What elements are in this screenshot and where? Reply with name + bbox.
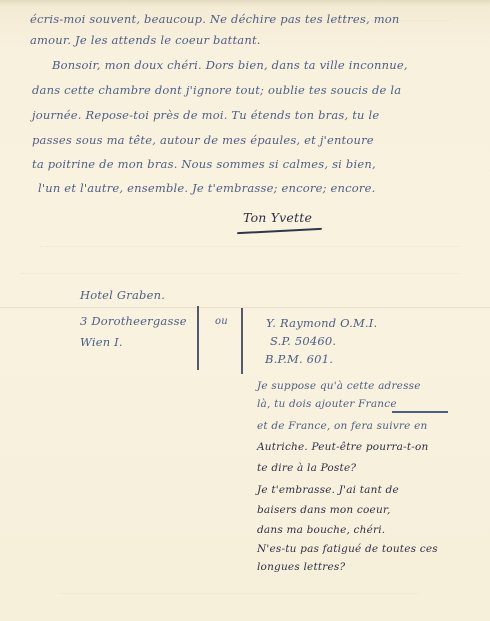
address-divider-left — [197, 306, 199, 370]
postscript-line: dans ma bouche, chéri. — [257, 524, 385, 536]
paper-fold-line — [0, 307, 490, 309]
postscript-line: là, tu dois ajouter France — [257, 398, 397, 410]
letter-line: dans cette chambre dont j'ignore tout; o… — [32, 83, 401, 97]
bleed-through — [60, 585, 420, 594]
postscript-line: Je suppose qu'à cette adresse — [257, 380, 421, 392]
letter-line: amour. Je les attends le coeur battant. — [30, 33, 261, 47]
postscript-line: N'es-tu pas fatigué de toutes ces — [257, 543, 438, 555]
page-top-edge — [0, 0, 490, 6]
address-street: 3 Dorotheergasse — [80, 314, 187, 328]
address-divider-right — [241, 308, 243, 374]
bleed-through — [40, 238, 460, 247]
postscript-line: Je t'embrasse. J'ai tant de — [257, 484, 399, 496]
signature: Ton Yvette — [243, 210, 312, 225]
letter-line: ta poitrine de mon bras. Nous sommes si … — [32, 157, 376, 171]
letter-line: écris-moi souvent, beaucoup. Ne déchire … — [30, 12, 400, 26]
address-bpm-number: B.P.M. 601. — [265, 352, 333, 366]
postscript-line: longues lettres? — [257, 561, 345, 573]
letter-line: l'un et l'autre, ensemble. Je t'embrasse… — [38, 181, 375, 195]
address-separator: ou — [215, 316, 228, 327]
address-sp-number: S.P. 50460. — [270, 334, 336, 348]
postscript-line: et de France, on fera suivre en — [257, 420, 427, 432]
bleed-through — [20, 265, 460, 274]
address-military-name: Y. Raymond O.M.I. — [266, 316, 377, 330]
letter-line: journée. Repose-toi près de moi. Tu éten… — [32, 108, 379, 122]
address-hotel: Hotel Graben. — [80, 288, 165, 302]
address-city: Wien I. — [80, 335, 123, 349]
postscript-line: baisers dans mon coeur, — [257, 504, 391, 516]
letter-line: passes sous ma tête, autour de mes épaul… — [32, 133, 374, 147]
signature-underline — [237, 228, 322, 234]
postscript-line: te dire à la Poste? — [257, 462, 356, 474]
letter-page: écris-moi souvent, beaucoup. Ne déchire … — [0, 0, 490, 621]
france-underline — [392, 411, 448, 413]
letter-line: Bonsoir, mon doux chéri. Dors bien, dans… — [52, 58, 408, 72]
postscript-line: Autriche. Peut-être pourra-t-on — [257, 441, 429, 453]
